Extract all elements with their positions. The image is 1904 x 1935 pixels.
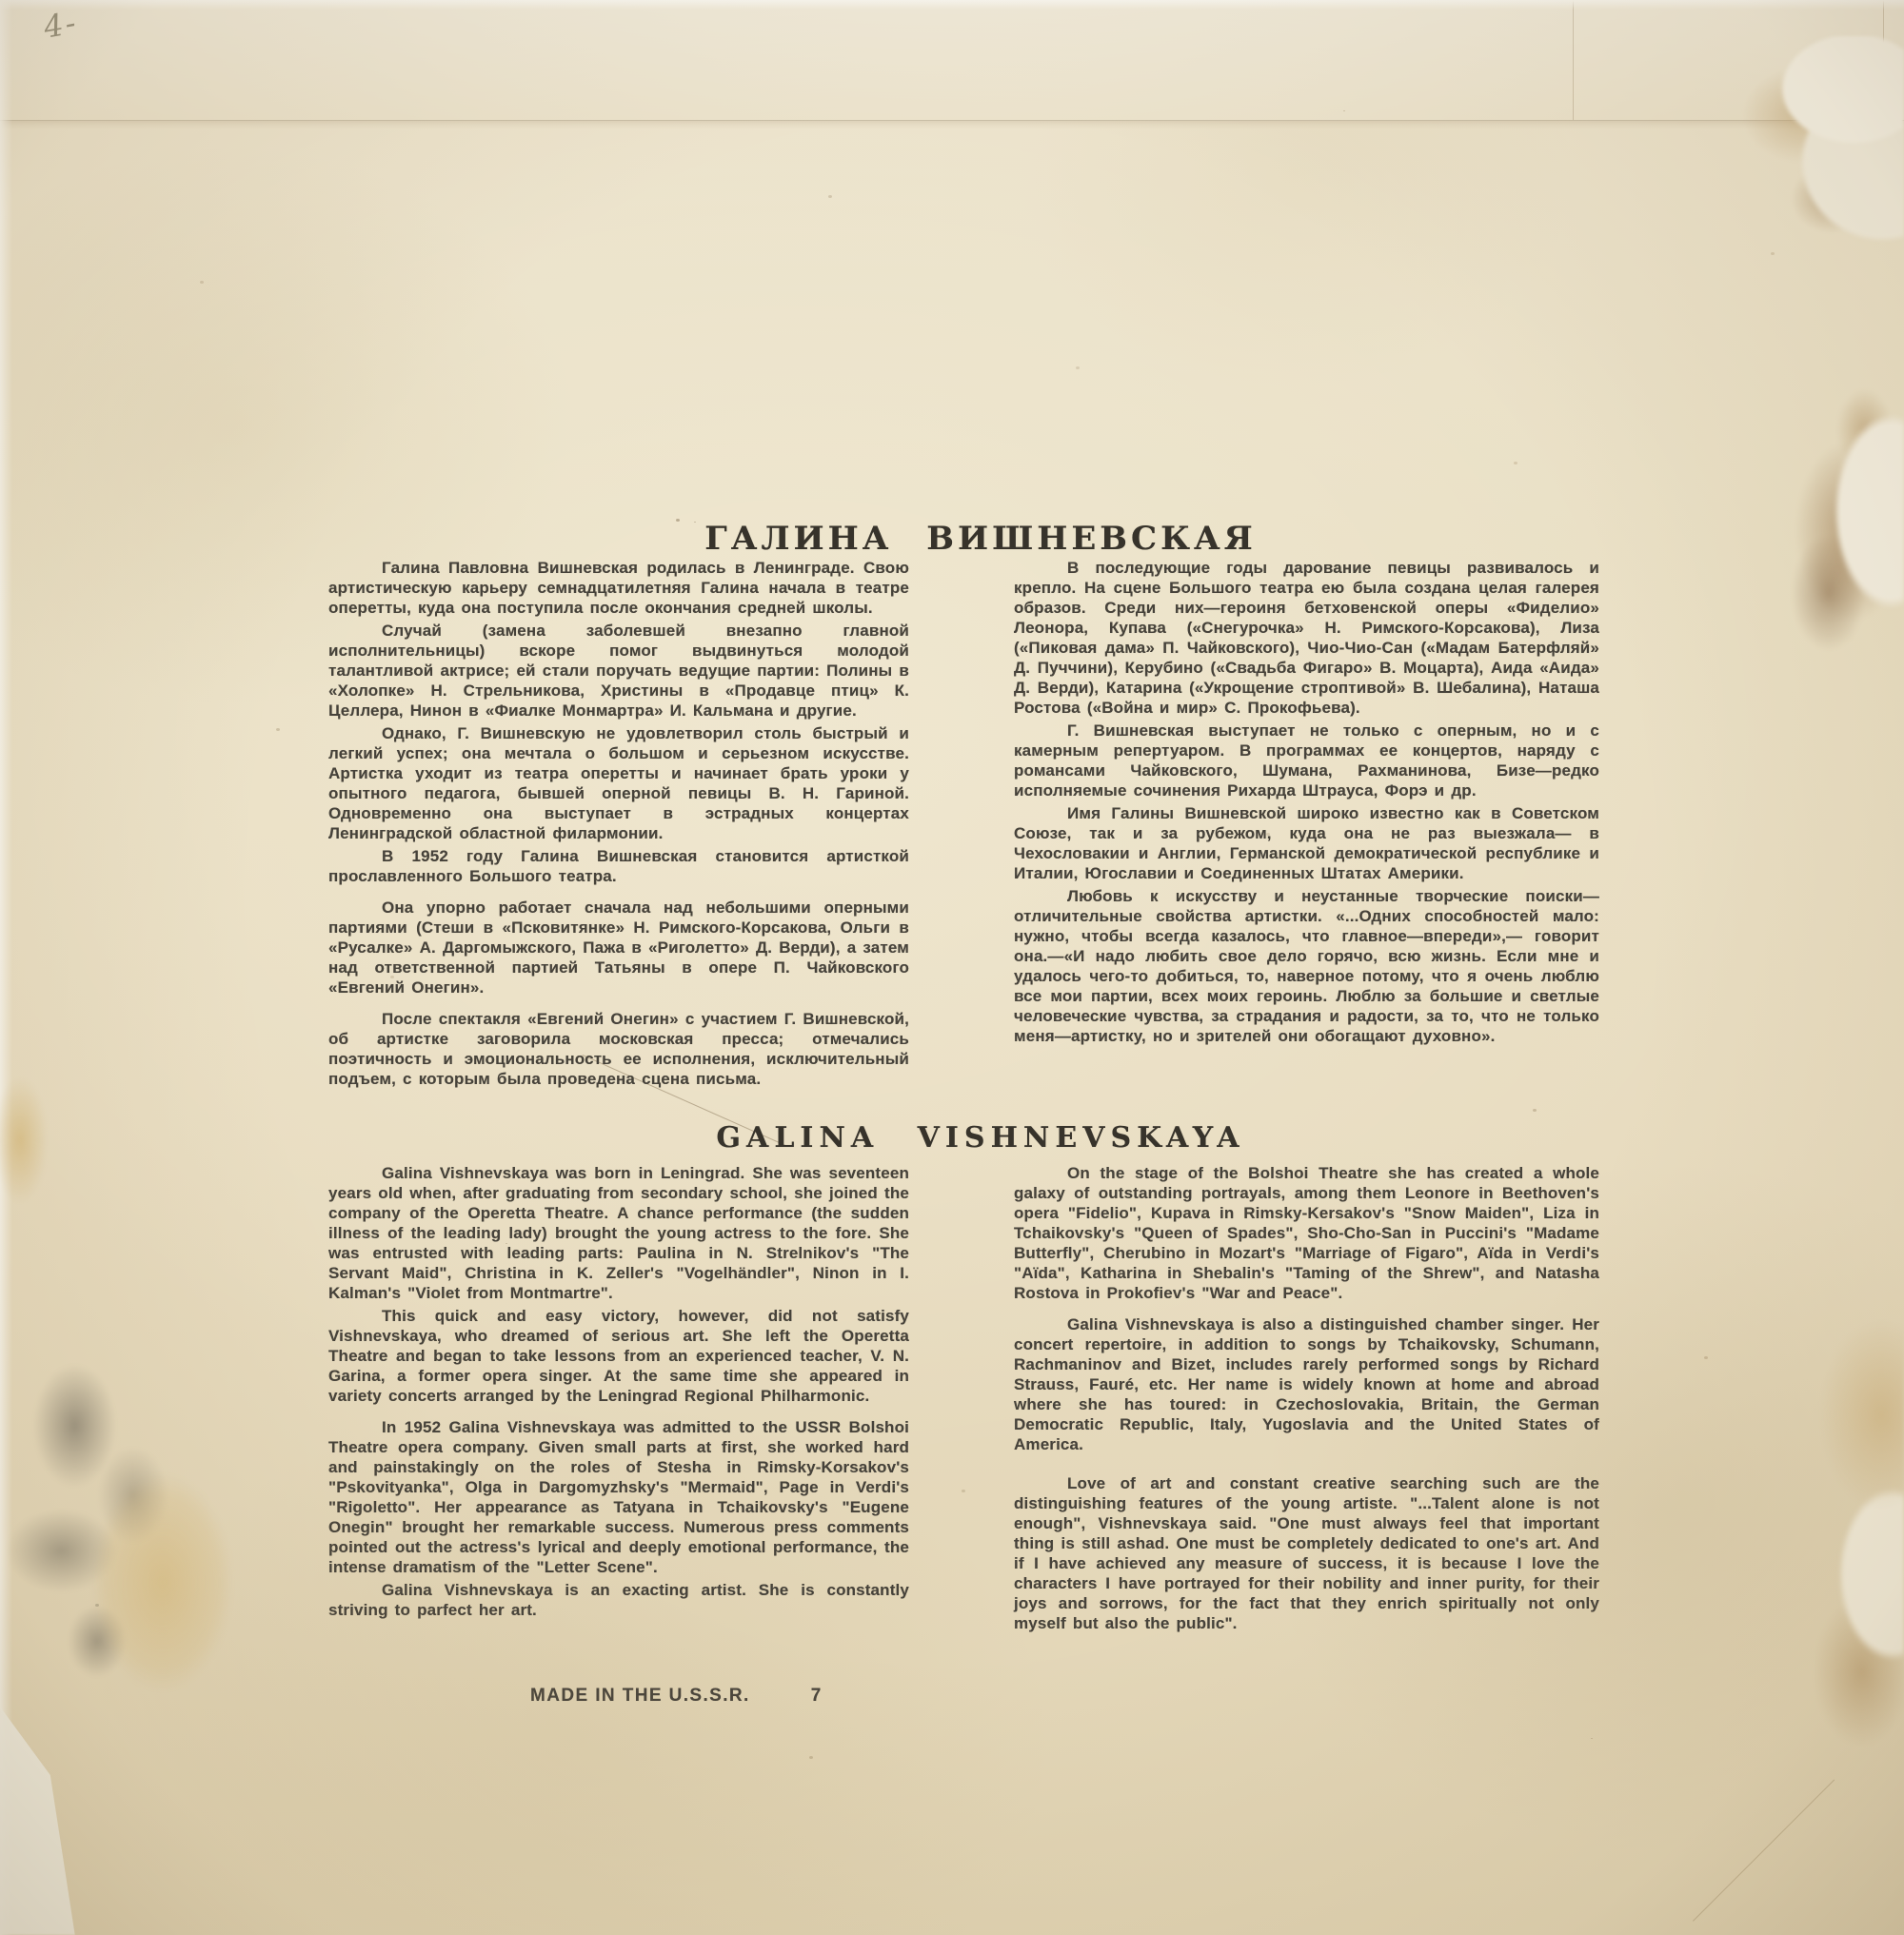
english-paragraph: Galina Vishnevskaya is also a distinguis… <box>1014 1314 1599 1454</box>
russian-paragraph: В 1952 году Галина Вишневская становится… <box>328 846 909 886</box>
english-left-column: Galina Vishnevskaya was born in Leningra… <box>328 1163 909 1636</box>
russian-paragraph: Однако, Г. Вишневскую не удовлетворил ст… <box>328 723 909 843</box>
english-paragraph: Love of art and constant creative search… <box>1014 1473 1599 1633</box>
russian-paragraph: После спектакля «Евгений Онегин» с участ… <box>328 1009 909 1089</box>
sleeve-top-flap <box>0 0 1904 121</box>
paper-top-edge <box>0 0 1904 10</box>
english-text-columns: Galina Vishnevskaya was born in Leningra… <box>328 1163 1599 1636</box>
tear-stain-right-lower <box>1763 1309 1904 1751</box>
english-paragraph: Galina Vishnevskaya was born in Leningra… <box>328 1163 909 1303</box>
russian-paragraph: Галина Павловна Вишневская родилась в Ле… <box>328 558 909 618</box>
page-number: 7 <box>811 1686 823 1706</box>
paper-left-edge <box>0 0 12 1935</box>
russian-title: ГАЛИНА ВИШНЕВСКАЯ <box>338 520 1623 558</box>
yellow-stain-bottom-left <box>65 1423 260 1742</box>
crease-bottom-right <box>1693 1780 1835 1922</box>
english-paragraph: On the stage of the Bolshoi Theatre she … <box>1014 1163 1599 1303</box>
made-in-ussr-label: MADE IN THE U.S.S.R. <box>530 1686 750 1706</box>
flap-crease <box>1573 0 1574 120</box>
russian-text-columns: Галина Павловна Вишневская родилась в Ле… <box>328 558 1599 1092</box>
russian-paragraph: Случай (замена заболевшей внезапно главн… <box>328 621 909 721</box>
russian-paragraph: Любовь к искусству и неустанные творческ… <box>1014 886 1599 1046</box>
russian-paragraph: Г. Вишневская выступает не только с опер… <box>1014 721 1599 800</box>
english-paragraph: Galina Vishnevskaya is an exacting artis… <box>328 1580 909 1620</box>
pencil-note: 4- <box>41 7 79 43</box>
tear-stain-right-middle <box>1740 338 1904 723</box>
russian-paragraph: В последующие годы дарование певицы разв… <box>1014 558 1599 718</box>
russian-paragraph: Имя Галины Вишневской широко известно ка… <box>1014 803 1599 883</box>
smudge-bottom-left <box>8 1356 231 1704</box>
imprint-line: MADE IN THE U.S.S.R.7 <box>530 1687 823 1705</box>
english-right-column: On the stage of the Bolshoi Theatre she … <box>1014 1163 1599 1636</box>
russian-left-column: Галина Павловна Вишневская родилась в Ле… <box>328 558 909 1092</box>
record-sleeve-back: 4- ГАЛИНА ВИШНЕВСКАЯ Галина Павловна Виш… <box>0 0 1904 1935</box>
russian-paragraph: Она упорно работает сначала над небольши… <box>328 898 909 997</box>
flap-crease <box>1883 0 1884 120</box>
english-title: GALINA VISHNEVSKAYA <box>338 1121 1623 1155</box>
russian-right-column: В последующие годы дарование певицы разв… <box>1014 558 1599 1092</box>
english-paragraph: In 1952 Galina Vishnevskaya was admitted… <box>328 1417 909 1577</box>
worn-corner-bottom-left <box>0 1707 91 1935</box>
english-paragraph: This quick and easy victory, however, di… <box>328 1306 909 1406</box>
